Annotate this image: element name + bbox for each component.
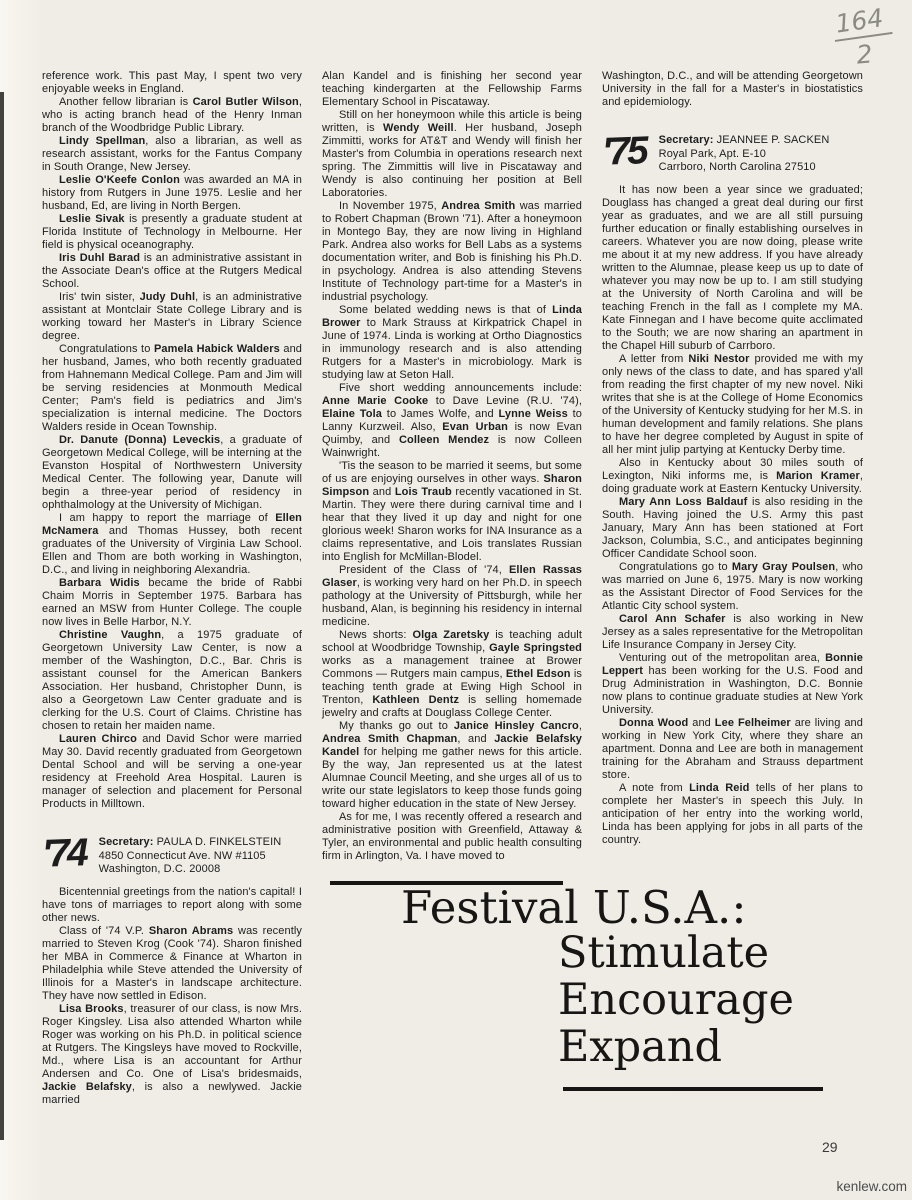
festival-line: Encourage: [558, 977, 794, 1024]
secretary-info: Secretary: PAULA D. FINKELSTEIN4850 Conn…: [99, 835, 282, 877]
person-name: Jackie Belafsky: [42, 1081, 132, 1093]
paragraph: Five short wedding announcements include…: [322, 382, 582, 460]
paragraph: Another fellow librarian is Carol Butler…: [42, 96, 302, 135]
paragraph: Class of '74 V.P. Sharon Abrams was rece…: [42, 925, 302, 1003]
paragraph: As for me, I was recently offered a rese…: [322, 811, 582, 863]
paragraph: A note from Linda Reid tells of her plan…: [602, 782, 863, 847]
paragraph: Congratulations go to Mary Gray Poulsen,…: [602, 561, 863, 613]
person-name: Barbara Widis: [59, 577, 140, 589]
person-name: Colleen Mendez: [399, 434, 489, 446]
person-name: Leslie Sivak: [59, 213, 125, 225]
handwritten-numerator: 164: [831, 2, 893, 42]
paragraph: President of the Class of '74, Ellen Ras…: [322, 564, 582, 629]
person-name: Sharon Abrams: [149, 925, 233, 937]
person-name: Judy Duhl: [140, 291, 196, 303]
paragraph: Alan Kandel and is finishing her second …: [322, 70, 582, 109]
person-name: Sharon Simpson: [322, 473, 582, 498]
column-right: Washington, D.C., and will be attending …: [602, 70, 863, 847]
class-year-section: '74Secretary: PAULA D. FINKELSTEIN4850 C…: [42, 835, 302, 877]
person-name: Mary Ann Loss Baldauf: [619, 496, 747, 508]
person-name: Dr. Danute (Donna) Leveckis: [59, 434, 220, 446]
secretary-info: Secretary: JEANNEE P. SACKENRoyal Park, …: [659, 133, 830, 175]
person-name: Niki Nestor: [688, 353, 749, 365]
paragraph: It has now been a year since we graduate…: [602, 184, 863, 353]
handwritten-fraction: 164 2: [831, 4, 894, 72]
paragraph: Washington, D.C., and will be attending …: [602, 70, 863, 109]
scan-edge-artifact: [0, 92, 4, 1140]
person-name: Donna Wood: [619, 717, 688, 729]
person-name: Wendy Weill: [383, 122, 454, 134]
person-name: Janice Hinsley Cancro: [454, 720, 579, 732]
person-name: Lynne Weiss: [498, 408, 567, 420]
person-name: Evan Urban: [442, 421, 508, 433]
person-name: Lindy Spellman: [59, 135, 145, 147]
person-name: Carol Ann Schafer: [619, 613, 726, 625]
class-year-marker: '75: [601, 132, 646, 172]
person-name: Kathleen Dentz: [372, 694, 459, 706]
paragraph: My thanks go out to Janice Hinsley Cancr…: [322, 720, 582, 811]
paragraph: Lisa Brooks, treasurer of our class, is …: [42, 1003, 302, 1107]
person-name: Anne Marie Cooke: [322, 395, 428, 407]
secretary-address-line: Washington, D.C. 20008: [99, 863, 282, 877]
festival-line: Stimulate: [558, 930, 794, 977]
secretary-line: Secretary: JEANNEE P. SACKEN: [659, 134, 830, 148]
secretary-label: Secretary:: [659, 134, 714, 146]
paragraph: Dr. Danute (Donna) Leveckis, a graduate …: [42, 434, 302, 512]
person-name: Linda Brower: [322, 304, 582, 329]
paragraph: Leslie O'Keefe Conlon was awarded an MA …: [42, 174, 302, 213]
person-name: Marion Kramer: [776, 470, 860, 482]
paragraph: Iris Duhl Barad is an administrative ass…: [42, 252, 302, 291]
secretary-address-line: Carrboro, North Carolina 27510: [659, 161, 830, 175]
person-name: Lois Traub: [395, 486, 452, 498]
person-name: Bonnie Leppert: [602, 652, 863, 677]
person-name: Andrea Smith: [441, 200, 515, 212]
paragraph: Mary Ann Loss Baldauf is also residing i…: [602, 496, 863, 561]
column-middle: Alan Kandel and is finishing her second …: [322, 70, 582, 863]
paragraph: In November 1975, Andrea Smith was marri…: [322, 200, 582, 304]
paragraph: Christine Vaughn, a 1975 graduate of Geo…: [42, 629, 302, 733]
person-name: Carol Butler Wilson: [193, 96, 299, 108]
person-name: Ethel Edson: [506, 668, 571, 680]
paragraph: Carol Ann Schafer is also working in New…: [602, 613, 863, 652]
person-name: Andrea Smith Chapman: [322, 733, 457, 745]
paragraph: Iris' twin sister, Judy Duhl, is an admi…: [42, 291, 302, 343]
person-name: Lee Felheimer: [715, 717, 791, 729]
paragraph: News shorts: Olga Zaretsky is teaching a…: [322, 629, 582, 720]
secretary-address-line: 4850 Connecticut Ave. NW #1105: [99, 850, 282, 864]
person-name: Mary Gray Poulsen: [732, 561, 835, 573]
person-name: Iris Duhl Barad: [59, 252, 140, 264]
festival-line: Expand: [558, 1024, 794, 1071]
column-left: reference work. This past May, I spent t…: [42, 70, 302, 1107]
secretary-line: Secretary: PAULA D. FINKELSTEIN: [99, 836, 282, 850]
paragraph: Barbara Widis became the bride of Rabbi …: [42, 577, 302, 629]
festival-headline-title: Festival U.S.A.:: [401, 884, 747, 932]
person-name: Elaine Tola: [322, 408, 382, 420]
class-year-marker: '74: [41, 834, 86, 874]
watermark: kenlew.com: [836, 1179, 907, 1194]
secretary-address-line: Royal Park, Apt. E-10: [659, 148, 830, 162]
person-name: Gayle Springsted: [489, 642, 582, 654]
class-year-section: '75Secretary: JEANNEE P. SACKENRoyal Par…: [602, 133, 863, 175]
person-name: Lisa Brooks: [59, 1003, 124, 1015]
person-name: Ellen McNamera: [42, 512, 302, 537]
page-number: 29: [822, 1139, 838, 1155]
magazine-page: 164 2 reference work. This past May, I s…: [0, 0, 912, 1200]
paragraph: A letter from Niki Nestor provided me wi…: [602, 353, 863, 457]
paragraph: reference work. This past May, I spent t…: [42, 70, 302, 96]
person-name: Lauren Chirco: [59, 733, 137, 745]
paragraph: Leslie Sivak is presently a graduate stu…: [42, 213, 302, 252]
paragraph: Also in Kentucky about 30 miles south of…: [602, 457, 863, 496]
person-name: Linda Reid: [689, 782, 749, 794]
secretary-label: Secretary:: [99, 836, 154, 848]
person-name: Pamela Habick Walders: [154, 343, 280, 355]
person-name: Christine Vaughn: [59, 629, 161, 641]
paragraph: Bicentennial greetings from the nation's…: [42, 886, 302, 925]
paragraph: Donna Wood and Lee Felheimer are living …: [602, 717, 863, 782]
person-name: Olga Zaretsky: [412, 629, 489, 641]
paragraph: Lindy Spellman, also a librarian, as wel…: [42, 135, 302, 174]
paragraph: Lauren Chirco and David Schor were marri…: [42, 733, 302, 811]
paragraph: Venturing out of the metropolitan area, …: [602, 652, 863, 717]
person-name: Leslie O'Keefe Conlon: [59, 174, 180, 186]
person-name: Ellen Rassas Glaser: [322, 564, 582, 589]
paragraph: I am happy to report the marriage of Ell…: [42, 512, 302, 577]
handwritten-denominator: 2: [834, 37, 894, 71]
festival-headline-lines: Stimulate Encourage Expand: [558, 930, 794, 1071]
paragraph: Congratulations to Pamela Habick Walders…: [42, 343, 302, 434]
paragraph: 'Tis the season to be married it seems, …: [322, 460, 582, 564]
paragraph: Still on her honeymoon while this articl…: [322, 109, 582, 200]
festival-bottom-rule: [563, 1087, 823, 1091]
paragraph: Some belated wedding news is that of Lin…: [322, 304, 582, 382]
